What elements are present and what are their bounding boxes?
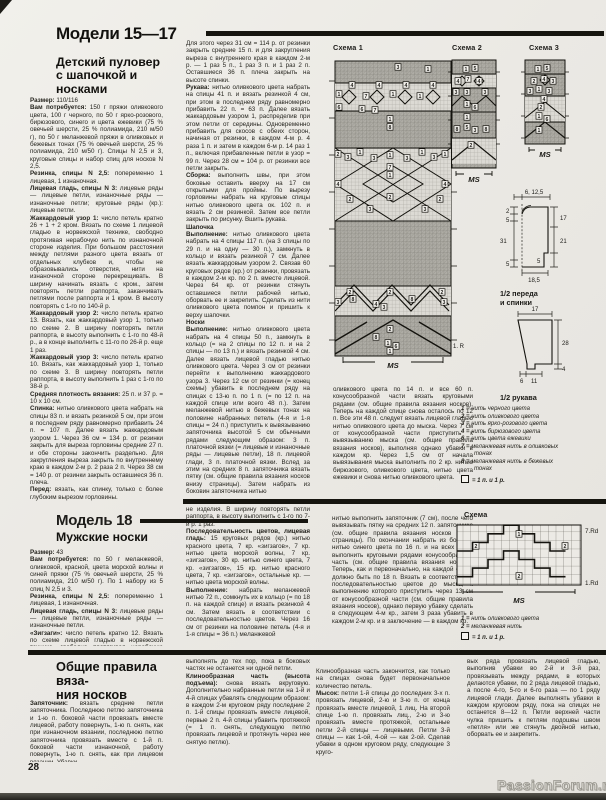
paragraph: Жаккардовый узор 2: число петель кратно …: [30, 310, 163, 354]
chart-color-number: 7: [465, 76, 471, 83]
chart-color-number: 8: [483, 126, 489, 133]
sleeve-outline: [518, 320, 552, 369]
svg-text:6: 6: [338, 105, 341, 111]
svg-text:4: 4: [337, 182, 340, 188]
chart-color-number: 1: [516, 531, 522, 538]
front-left-measure: 31: [500, 239, 507, 245]
svg-text:2: 2: [518, 574, 521, 580]
chart-color-number: 5: [464, 124, 470, 131]
legend-item: 1 = нить оливкового цвета: [461, 616, 603, 624]
chart-color-number: 1: [425, 66, 431, 73]
ms-label: MS: [387, 361, 398, 370]
paragraph: оливкового цвета по 14 п. и все 60 п. ко…: [333, 386, 473, 481]
sleeve-caption: 1/2 рукава: [500, 393, 538, 402]
chart-color-number: 6: [359, 106, 365, 113]
chart-color-number: 3: [422, 206, 428, 213]
svg-text:4: 4: [351, 83, 354, 89]
svg-text:3: 3: [484, 90, 487, 96]
paragraph: Перед: вязать, как спинку, только с боле…: [30, 486, 163, 501]
chart-color-number: 2: [437, 196, 443, 203]
chart-color-number: 3: [464, 89, 470, 96]
chart-color-number: 8: [454, 126, 460, 133]
rules-title-line1: Общие правила вяза-: [56, 659, 157, 688]
svg-text:7: 7: [365, 94, 368, 100]
chart-color-number: 2: [439, 289, 445, 296]
paragraph: Размер: 110/116: [30, 97, 163, 104]
chart-color-number: 3: [381, 304, 387, 311]
svg-text:5: 5: [474, 66, 477, 72]
m15-column-2: Для этого через 31 см = 114 р. от резинк…: [186, 40, 310, 499]
chart-color-number: 1: [387, 152, 393, 159]
svg-text:1: 1: [427, 67, 430, 73]
chart-color-number: 1: [536, 127, 542, 134]
front-bottom-measure: 18,5: [528, 278, 540, 284]
svg-text:3: 3: [337, 300, 340, 306]
svg-text:2: 2: [441, 290, 444, 296]
paragraph: Выполнение: нитью оливкового цвета набра…: [186, 231, 310, 319]
subheading: Шапочка: [186, 224, 310, 231]
chart-color-number: 4: [541, 96, 547, 103]
paragraph: Клинообразная часть закончится, как толь…: [316, 668, 450, 690]
sleeve-bottom-measure: 6: [520, 379, 524, 385]
legend-box-symbol-item: = 1 п. и 1 р.: [461, 475, 603, 486]
svg-text:3: 3: [383, 305, 386, 311]
socks-schema-title: Схема: [464, 510, 487, 519]
front-back-outline: [522, 207, 548, 267]
svg-text:4: 4: [478, 79, 481, 85]
chart-color-number: 3: [345, 154, 351, 161]
chart-color-number: 3: [371, 155, 377, 162]
row-label: 1. R: [453, 344, 465, 350]
rules-column-1: Запяточник: вязать средние петли запяточ…: [30, 700, 163, 762]
front-top-measure: 6, 12,5: [525, 190, 544, 196]
svg-text:1: 1: [444, 152, 447, 158]
svg-text:1: 1: [465, 67, 468, 73]
chart-color-number: 1: [390, 91, 396, 98]
chart-color-number: 3: [367, 206, 373, 213]
chart-color-number: 3: [395, 64, 401, 71]
chart-color-number: 8: [387, 124, 393, 131]
svg-text:4: 4: [543, 97, 546, 103]
svg-text:3: 3: [433, 155, 436, 161]
chart-color-number: 1: [336, 91, 342, 98]
schema1-title: Схема 1: [333, 43, 363, 52]
page-number: 28: [28, 762, 39, 773]
paragraph: Жаккардовый узор 1: число петель кратно …: [30, 215, 163, 310]
chart-color-number: 4: [541, 76, 547, 83]
chart-color-number: 1: [387, 116, 393, 123]
ms-label: MS: [539, 150, 550, 159]
svg-text:2: 2: [337, 152, 340, 158]
paragraph: Для этого через 31 см = 114 р. от резинк…: [186, 40, 310, 84]
magazine-page: Модели 15—17 Детский пуловер с шапочкой …: [0, 0, 606, 800]
chart-color-number: 3: [550, 78, 556, 85]
chart-color-number: 4: [430, 82, 436, 89]
svg-text:4: 4: [432, 83, 435, 89]
svg-text:2: 2: [389, 195, 392, 201]
sleeve-top-measure: 17: [532, 307, 539, 313]
svg-text:1: 1: [466, 102, 469, 108]
chart-color-number: 3: [431, 154, 437, 161]
chart-color-number: 5: [472, 65, 478, 72]
paragraph: Выполнение: нитью оливкового цвета набра…: [186, 326, 310, 495]
model-18-title: Модель 18: [56, 512, 132, 529]
svg-text:1: 1: [389, 117, 392, 123]
chart-color-number: 2: [468, 142, 474, 149]
paragraph: Мысок: петли 1-й спицы до последних 3-х …: [316, 690, 450, 756]
svg-text:6: 6: [474, 105, 477, 111]
paragraph: не изделия. В ширину повторять петли рап…: [186, 506, 310, 528]
svg-text:1: 1: [421, 150, 424, 156]
svg-text:5: 5: [546, 66, 549, 72]
svg-text:8: 8: [411, 297, 414, 303]
rules-column-4: вых ряда провязать лицевой гладью, выпол…: [467, 658, 600, 755]
chart-color-number: 5: [544, 65, 550, 72]
paragraph: нитью выполнить запяточник (7 см), после…: [332, 515, 473, 625]
legend-item: 2 = меланжевая нить: [461, 624, 603, 632]
socks-chart: 2122 MS7.Rd1.Rd: [455, 523, 605, 611]
front-right-measure: 5: [537, 259, 541, 265]
header-rule: [206, 31, 604, 36]
chart-color-number: 2: [387, 326, 393, 333]
chart-color-number: 2: [538, 104, 544, 111]
chart-color-number: 1: [535, 66, 541, 73]
svg-text:2: 2: [439, 197, 442, 203]
paragraph: Сборка: выполнить швы, при этом боковые …: [186, 172, 310, 223]
paragraph: Лицевая гладь, спицы N 3: лицевые ряды —…: [30, 185, 163, 214]
sleeve-right-measure: 28: [562, 341, 569, 347]
sleeve-right-measure: 4: [562, 367, 566, 373]
socks-color-legend: 1 = нить оливкового цвета2 = меланжевая …: [461, 616, 603, 643]
svg-text:4: 4: [375, 302, 378, 308]
section-divider-bottom: [28, 650, 606, 655]
paragraph: Вам потребуется: по 50 г меланжевой, оли…: [30, 556, 163, 593]
pattern-schematics: 6, 12,5253151721518,51/2 передаи спинки1…: [488, 183, 606, 408]
schema2-title: Схема 2: [452, 43, 482, 52]
chart-color-number: 2: [387, 289, 393, 296]
legend-item: 1 = нить черного цвета: [461, 406, 603, 414]
svg-text:1: 1: [537, 67, 540, 73]
paragraph: Жаккардовый узор 3: число петель кратно …: [30, 354, 163, 391]
scan-corner-artifact: [0, 0, 12, 14]
chart-color-number: 1: [464, 101, 470, 108]
legend-item: 6 = нить цвета ежевики: [461, 436, 603, 444]
chart-color-number: 7: [372, 107, 378, 114]
svg-text:2: 2: [540, 105, 543, 111]
svg-text:1: 1: [518, 532, 521, 538]
chart-color-number: 1: [464, 114, 470, 121]
svg-text:2: 2: [475, 544, 478, 550]
svg-text:1: 1: [389, 153, 392, 159]
svg-text:2: 2: [533, 79, 536, 85]
chart-color-number: 1: [536, 86, 542, 93]
chart-color-number: 3: [404, 155, 410, 162]
chart-color-number: 1: [417, 93, 423, 100]
svg-text:1: 1: [538, 128, 541, 134]
chart-color-number: 3: [453, 89, 459, 96]
chart-color-number: 8: [409, 296, 415, 303]
empty-square-icon: [461, 475, 469, 483]
row-label-bottom: 1.Rd: [585, 580, 599, 587]
svg-text:1: 1: [389, 349, 392, 355]
paragraph: выполнять до тех пор, пока в боковых час…: [186, 658, 310, 673]
front-right-measure: 21: [560, 239, 567, 245]
ms-label: MS: [513, 596, 524, 605]
svg-text:2: 2: [349, 290, 352, 296]
rules-title: Общие правила вяза- ния носков: [56, 660, 186, 703]
paragraph: «Зигзаги»: число петель кратно 12. Вязат…: [30, 630, 163, 646]
schematic-labels: 6, 12,5253151721518,51/2 передаи спинки1…: [500, 190, 569, 402]
subheading: Носки: [186, 319, 310, 326]
chart-color-number: 3: [546, 88, 552, 95]
svg-text:4: 4: [405, 83, 408, 89]
chart-color-number: 2: [347, 196, 353, 203]
svg-text:1: 1: [538, 87, 541, 93]
svg-text:2: 2: [564, 544, 567, 550]
ms-label: MS: [468, 175, 479, 184]
svg-text:3: 3: [455, 90, 458, 96]
chart-color-number: 1: [463, 66, 469, 73]
legend-item: 4 = нить бирюзового цвета: [461, 429, 603, 437]
svg-text:1: 1: [538, 114, 541, 120]
svg-text:8: 8: [456, 127, 459, 133]
chart-color-number: 3: [527, 88, 533, 95]
svg-text:1: 1: [359, 150, 362, 156]
legend-item: 3 = нить ярко-розового цвета: [461, 421, 603, 429]
legend-item: 7 = меланжевая нить в оливковых: [461, 444, 603, 452]
chart-color-number: 1: [387, 172, 393, 179]
paragraph: Клинообразная часть (высота подъема): сн…: [186, 673, 310, 746]
chart-color-number: 1: [536, 113, 542, 120]
chart-color-number: 1: [419, 149, 425, 156]
chart-color-number: 2: [562, 543, 568, 550]
schema3-chart: 1524331342161 MS: [521, 56, 575, 162]
chart-color-number: 6: [544, 116, 550, 123]
svg-text:1: 1: [389, 173, 392, 179]
chart-color-number: 1: [357, 149, 363, 156]
paragraph: вых ряда провязать лицевой гладью, выпол…: [467, 658, 600, 739]
paragraph: Вам потребуется: 150 г пряжи оливкового …: [30, 104, 163, 170]
svg-text:3: 3: [474, 128, 477, 134]
svg-text:4: 4: [543, 77, 546, 83]
chart-color-number: 8: [373, 334, 379, 341]
m18-column-2: не изделия. В ширину повторять петли рап…: [186, 506, 310, 647]
chart-color-number: 4: [373, 301, 379, 308]
svg-text:5: 5: [466, 125, 469, 131]
chart-color-number: 2: [516, 573, 522, 580]
paragraph: Рукава: нитью оливкового цвета набрать н…: [186, 84, 310, 172]
chart-color-number: 3: [335, 299, 341, 306]
svg-text:4: 4: [444, 182, 447, 188]
scan-bottom-edge: [0, 793, 606, 800]
schema2-texts: MS: [468, 175, 479, 184]
paragraph: Запяточник: вязать средние петли запяточ…: [30, 700, 163, 762]
chart-color-number: 2: [387, 194, 393, 201]
chart-color-number: 8: [350, 296, 356, 303]
svg-text:2: 2: [349, 197, 352, 203]
svg-text:8: 8: [352, 297, 355, 303]
svg-text:1: 1: [338, 92, 341, 98]
svg-text:3: 3: [548, 89, 551, 95]
svg-text:1: 1: [466, 115, 469, 121]
front-left-measure: 5: [506, 262, 510, 268]
svg-text:4: 4: [378, 83, 381, 89]
chart-color-number: 4: [349, 82, 355, 89]
empty-square-icon: [461, 632, 469, 640]
m15-column-3: оливкового цвета по 14 п. и все 60 п. ко…: [333, 386, 473, 498]
svg-text:2: 2: [389, 290, 392, 296]
svg-text:8: 8: [389, 125, 392, 131]
svg-text:8: 8: [485, 127, 488, 133]
legend-box-symbol-item: = 1 п. и 1 р.: [461, 632, 603, 643]
svg-text:1: 1: [392, 92, 395, 98]
chart-color-number: 6: [472, 104, 478, 111]
chart-color-number: 4: [403, 82, 409, 89]
svg-text:3: 3: [347, 155, 350, 161]
chart-color-number: 7: [387, 164, 393, 171]
chart-color-number: 2: [531, 78, 537, 85]
paragraph: Спинка: нитью оливкового цвета набрать н…: [30, 405, 163, 486]
svg-text:3: 3: [397, 65, 400, 71]
schema3-title: Схема 3: [529, 43, 559, 52]
svg-text:3: 3: [406, 156, 409, 162]
chart-color-number: 2: [347, 289, 353, 296]
chart-color-number: 3: [472, 127, 478, 134]
section-divider: [183, 499, 606, 504]
svg-text:1: 1: [419, 94, 422, 100]
paragraph: Размер: 43: [30, 549, 163, 556]
model-18-subtitle: Мужские носки: [56, 531, 176, 544]
svg-text:1: 1: [387, 341, 390, 347]
svg-text:3: 3: [466, 90, 469, 96]
chart-color-number: 3: [482, 89, 488, 96]
svg-text:3: 3: [369, 207, 372, 213]
watermark: PassionForum.ru: [497, 777, 606, 793]
paragraph: Последовательность цветов, лицевая гладь…: [186, 528, 310, 587]
svg-text:6: 6: [361, 107, 364, 113]
color-legend: 1 = нить черного цвета2 = нить оливковог…: [461, 406, 603, 485]
svg-text:6: 6: [395, 344, 398, 350]
paragraph: Средняя плотность вязания: 25 п. и 37 р.…: [30, 391, 163, 406]
chart-color-number: 3: [441, 299, 447, 306]
legend-item: 8 = меланжевая нить в бежевых: [461, 459, 603, 467]
chart-color-number: 6: [336, 104, 342, 111]
chart-color-number: 2: [473, 543, 479, 550]
svg-text:3: 3: [529, 89, 532, 95]
svg-text:3: 3: [424, 207, 427, 213]
schema2-chart: 1547433316185382 MS: [448, 56, 502, 186]
legend-item: 2 = нить оливкового цвета: [461, 414, 603, 422]
svg-text:4: 4: [457, 79, 460, 85]
svg-text:7: 7: [389, 165, 392, 171]
front-left-measure: 5: [506, 218, 510, 224]
schema3-texts: MS: [539, 150, 550, 159]
front-right-measure: 17: [560, 216, 567, 222]
chart-color-number: 2: [335, 151, 341, 158]
svg-text:8: 8: [375, 335, 378, 341]
chart-color-number: 1: [387, 348, 393, 355]
chart-color-number: 4: [476, 78, 482, 85]
svg-text:2: 2: [389, 327, 392, 333]
m18-column-1: Размер: 43Вам потребуется: по 50 г мелан…: [30, 549, 163, 646]
legend-item-continuation: тонах: [461, 466, 603, 474]
svg-text:6: 6: [546, 117, 549, 123]
chart-color-number: 6: [393, 343, 399, 350]
rules-column-3: Клинообразная часть закончится, как толь…: [316, 668, 450, 763]
row-label-top: 7.Rd: [585, 528, 599, 535]
paragraph: Резинка, спицы N 2,5: попеременно 1 лице…: [30, 170, 163, 185]
front-left-measure: 2: [506, 209, 510, 215]
models-15-17-title: Модели 15—17: [56, 24, 177, 44]
chart-color-number: 4: [376, 82, 382, 89]
svg-text:2: 2: [470, 143, 473, 149]
chart-color-number: 4: [455, 78, 461, 85]
paragraph: Лицевая гладь, спицы N 3: лицевые ряды —…: [30, 608, 163, 630]
models-15-17-subtitle: Детский пуловер с шапочкой и носками: [56, 56, 168, 96]
chart-color-number: 4: [335, 181, 341, 188]
legend-item-continuation: тонах: [461, 451, 603, 459]
m18-column-3: нитью выполнить запяточник (7 см), после…: [332, 515, 473, 648]
svg-text:7: 7: [467, 77, 470, 83]
paragraph: Выполнение: набрать меланжевой нитью 72 …: [186, 587, 310, 638]
svg-text:7: 7: [374, 108, 377, 114]
paragraph: Резинка, спицы N 2,5: попеременно 1 лице…: [30, 593, 163, 608]
m15-column-1: Размер: 110/116Вам потребуется: 150 г пр…: [30, 97, 163, 507]
svg-text:3: 3: [443, 300, 446, 306]
front-caption: и спинки: [500, 298, 532, 307]
svg-text:3: 3: [373, 156, 376, 162]
chart-color-number: 7: [363, 93, 369, 100]
svg-text:3: 3: [552, 79, 555, 85]
rules-column-2: выполнять до тех пор, пока в боковых час…: [186, 658, 310, 761]
sleeve-bottom-measure: 11: [531, 379, 538, 385]
chart-color-number: 1: [385, 340, 391, 347]
front-caption: 1/2 переда: [500, 289, 539, 298]
